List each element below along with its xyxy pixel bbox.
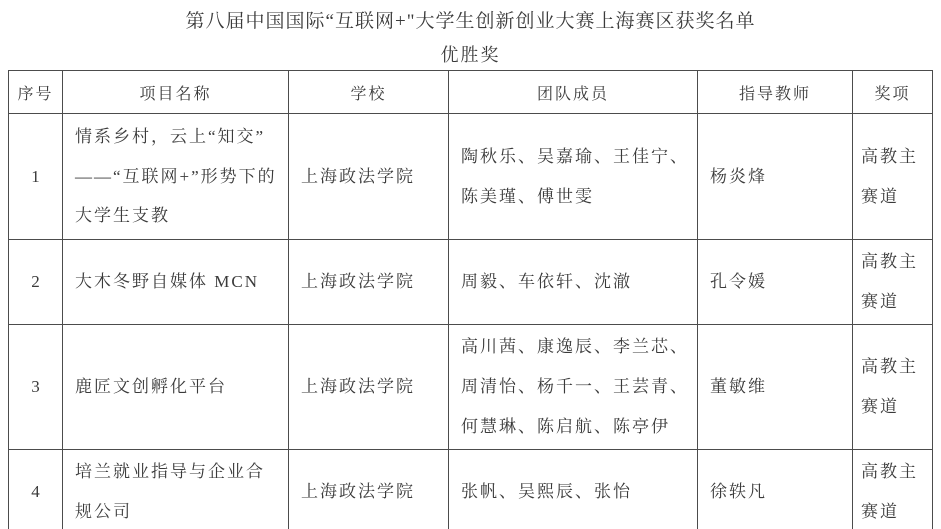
cell-school: 上海政法学院 xyxy=(289,240,449,325)
award-category-subtitle: 优胜奖 xyxy=(0,35,941,67)
table-row: 2 大木冬野自媒体 MCN 上海政法学院 周毅、车依轩、沈澈 孔令媛 高教主赛道 xyxy=(9,240,933,325)
cell-serial-number: 2 xyxy=(9,240,63,325)
header-award: 奖项 xyxy=(853,71,933,114)
header-advisor: 指导教师 xyxy=(698,71,853,114)
cell-project-name: 鹿匠文创孵化平台 xyxy=(63,324,289,449)
cell-serial-number: 3 xyxy=(9,324,63,449)
cell-advisor: 杨炎烽 xyxy=(698,114,853,240)
header-school: 学校 xyxy=(289,71,449,114)
cell-advisor: 孔令媛 xyxy=(698,240,853,325)
cell-project-name: 情系乡村，云上“知交” ——“互联网+”形势下的大学生支教 xyxy=(63,114,289,240)
cell-award: 高教主赛道 xyxy=(853,449,933,529)
cell-serial-number: 4 xyxy=(9,449,63,529)
table-row: 1 情系乡村，云上“知交” ——“互联网+”形势下的大学生支教 上海政法学院 陶… xyxy=(9,114,933,240)
cell-project-name: 培兰就业指导与企业合规公司 xyxy=(63,449,289,529)
header-serial-number: 序号 xyxy=(9,71,63,114)
header-team-members: 团队成员 xyxy=(449,71,698,114)
cell-school: 上海政法学院 xyxy=(289,114,449,240)
cell-school: 上海政法学院 xyxy=(289,449,449,529)
cell-school: 上海政法学院 xyxy=(289,324,449,449)
cell-team-members: 陶秋乐、吴嘉瑜、王佳宁、陈美瑾、傅世雯 xyxy=(449,114,698,240)
cell-award: 高教主赛道 xyxy=(853,324,933,449)
cell-award: 高教主赛道 xyxy=(853,114,933,240)
award-winners-table: 序号 项目名称 学校 团队成员 指导教师 奖项 1 情系乡村，云上“知交” ——… xyxy=(8,70,933,529)
header-project-name: 项目名称 xyxy=(63,71,289,114)
cell-team-members: 高川茜、康逸辰、李兰芯、周清怡、杨千一、王芸青、何慧琳、陈启航、陈亭伊 xyxy=(449,324,698,449)
cell-project-name: 大木冬野自媒体 MCN xyxy=(63,240,289,325)
cell-advisor: 徐轶凡 xyxy=(698,449,853,529)
cell-serial-number: 1 xyxy=(9,114,63,240)
table-row: 3 鹿匠文创孵化平台 上海政法学院 高川茜、康逸辰、李兰芯、周清怡、杨千一、王芸… xyxy=(9,324,933,449)
cell-award: 高教主赛道 xyxy=(853,240,933,325)
table-header-row: 序号 项目名称 学校 团队成员 指导教师 奖项 xyxy=(9,71,933,114)
table-row: 4 培兰就业指导与企业合规公司 上海政法学院 张帆、吴熙辰、张怡 徐轶凡 高教主… xyxy=(9,449,933,529)
cell-team-members: 张帆、吴熙辰、张怡 xyxy=(449,449,698,529)
cell-team-members: 周毅、车依轩、沈澈 xyxy=(449,240,698,325)
award-document-page: 第八届中国国际“互联网+"大学生创新创业大赛上海赛区获奖名单 优胜奖 序号 项目… xyxy=(0,0,941,529)
cell-advisor: 董敏维 xyxy=(698,324,853,449)
document-title: 第八届中国国际“互联网+"大学生创新创业大赛上海赛区获奖名单 xyxy=(0,0,941,35)
